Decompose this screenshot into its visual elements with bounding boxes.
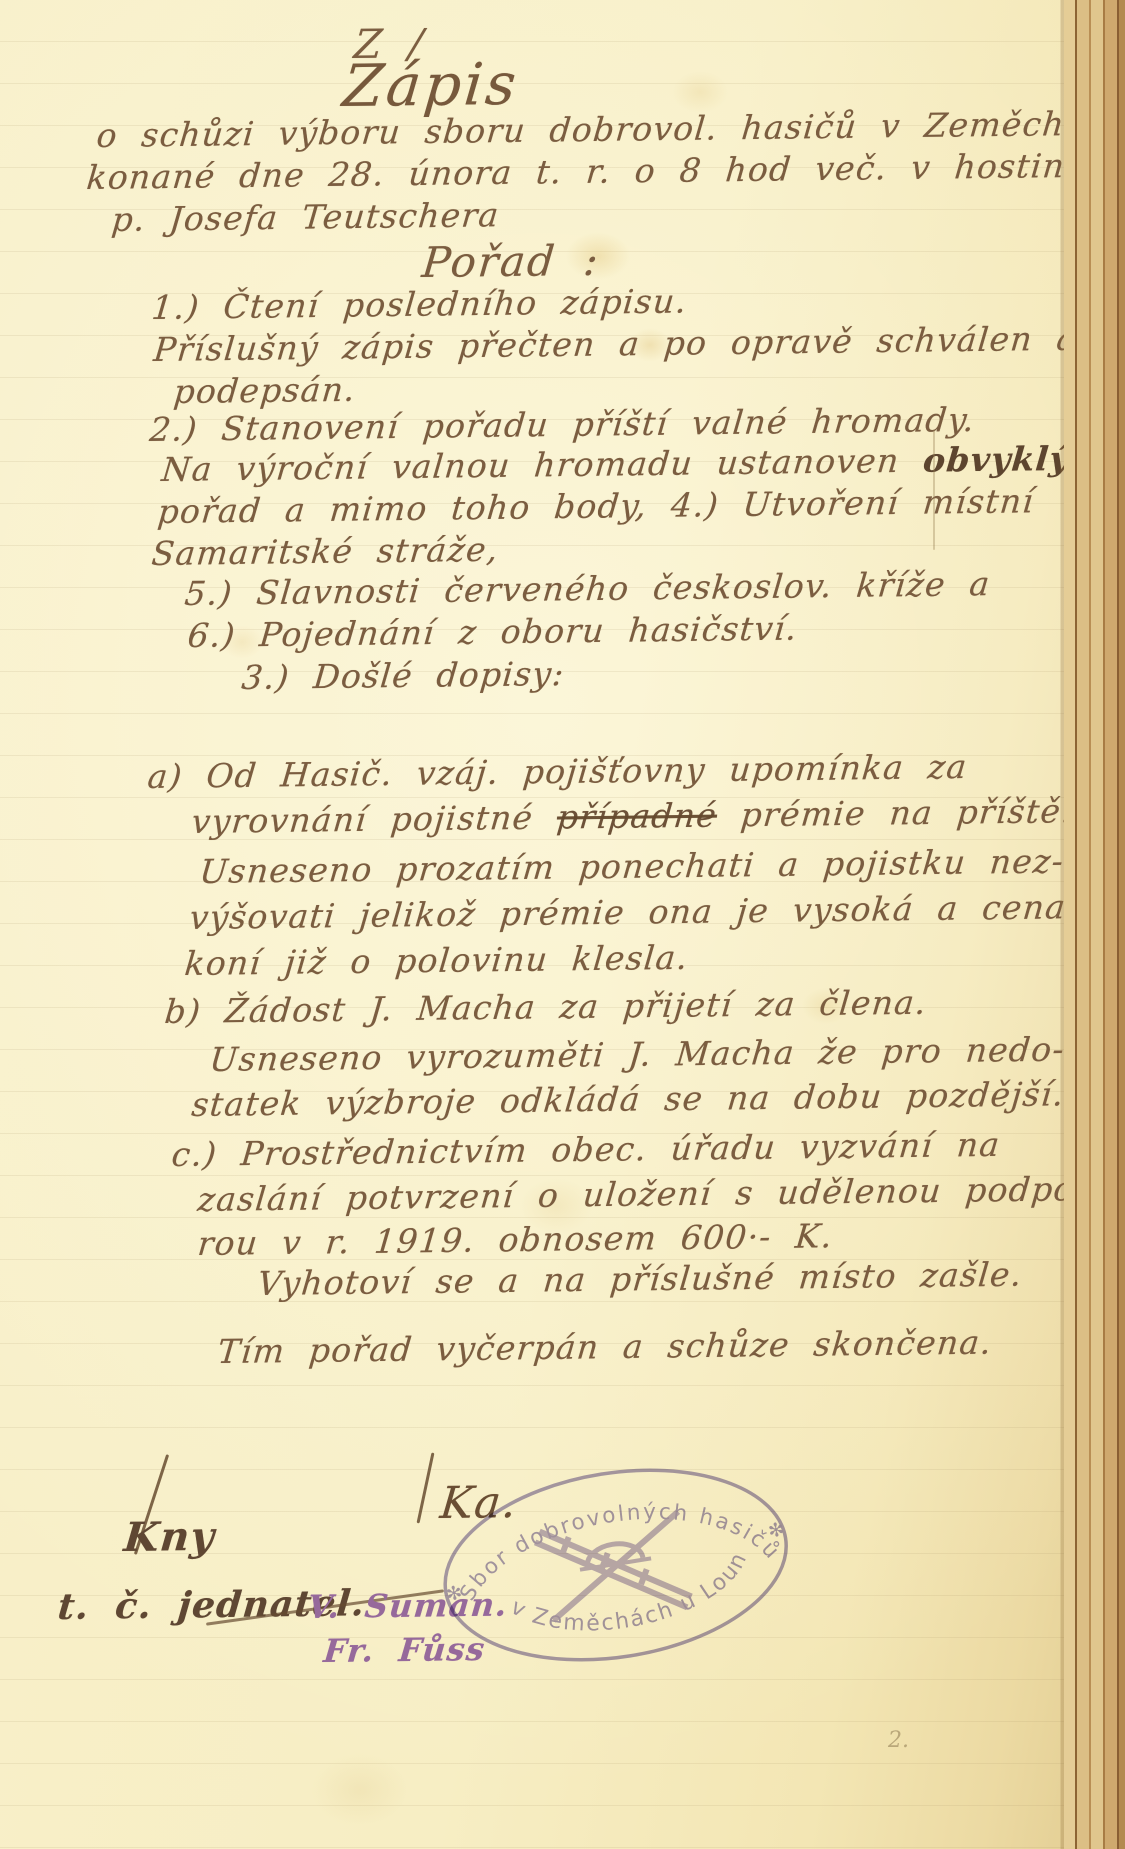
- binding-edge: [1055, 0, 1125, 1849]
- line-text: vyrovnání pojistné: [190, 798, 559, 841]
- stamp-star-right-icon: ✻: [767, 1518, 786, 1542]
- manuscript-line: Samaritské stráže,: [150, 530, 500, 573]
- struck-word: případné: [555, 796, 719, 837]
- manuscript-line: 5.) Slavnosti červeného českoslov. kříže…: [183, 564, 992, 613]
- manuscript-line: Usneseno prozatím ponechati a pojistku n…: [198, 841, 1066, 891]
- paper-crease: [933, 430, 935, 550]
- manuscript-line: a) Od Hasič. vzáj. pojišťovny upomínka z…: [146, 747, 969, 796]
- stamp-graphic: Sbor dobrovolných hasičů v Zeměchách u L…: [414, 1434, 818, 1700]
- pencil-corner-mark: 2.: [888, 1728, 909, 1753]
- manuscript-line: Příslušný zápis přečten a po opravě schv…: [152, 319, 1079, 369]
- line-text: Na výroční valnou hromadu ustanoven: [160, 441, 925, 489]
- manuscript-line: statek výzbroje odkládá se na dobu pozdě…: [190, 1074, 1066, 1124]
- signature-flourish: Kny: [122, 1513, 217, 1561]
- manuscript-page: Z / Zápis o schůzi výboru sboru dobrovol…: [0, 0, 1125, 1849]
- manuscript-line: Tím pořad vyčerpán a schůze skončena.: [216, 1323, 994, 1371]
- stamp-star-left-icon: ✻: [445, 1582, 464, 1606]
- line-text: prémie na příště.: [715, 791, 1075, 834]
- manuscript-line: pořad a mimo toho body, 4.) Utvoření mís…: [156, 481, 1036, 531]
- manuscript-line: výšovati jelikož prémie ona je vysoká a …: [188, 887, 1068, 937]
- manuscript-line: vyrovnání pojistné případné prémie na př…: [190, 791, 1075, 841]
- manuscript-line: c.) Prostřednictvím obec. úřadu vyzvání …: [170, 1125, 1002, 1174]
- manuscript-line: p. Josefa Teutschera: [110, 195, 501, 239]
- manuscript-line: Vyhotoví se a na příslušné místo zašle.: [256, 1255, 1024, 1303]
- manuscript-line: konané dne 28. února t. r. o 8 hod več. …: [85, 146, 1098, 197]
- manuscript-line: podepsán.: [172, 370, 358, 411]
- manuscript-line: 3.) Došlé dopisy:: [240, 654, 566, 697]
- manuscript-line: 1.) Čtení posledního zápisu.: [150, 281, 689, 327]
- manuscript-line: rou v r. 1919. obnosem 600·- K.: [196, 1216, 835, 1263]
- rubber-stamp: Sbor dobrovolných hasičů v Zeměchách u L…: [414, 1434, 818, 1700]
- overwritten-word: obvyklý: [921, 439, 1071, 480]
- manuscript-line: Usneseno vyrozuměti J. Macha že pro nedo…: [208, 1030, 1067, 1079]
- document-title: Zápis: [340, 50, 522, 120]
- agenda-heading: Pořad :: [420, 236, 602, 287]
- manuscript-line: 6.) Pojednání z oboru hasičství.: [186, 609, 799, 655]
- manuscript-line: koní již o polovinu klesla.: [183, 938, 690, 983]
- manuscript-line: zaslání potvrzení o uložení s udělenou p…: [196, 1169, 1089, 1219]
- manuscript-line: b) Žádost J. Macha za přijetí za člena.: [163, 983, 929, 1031]
